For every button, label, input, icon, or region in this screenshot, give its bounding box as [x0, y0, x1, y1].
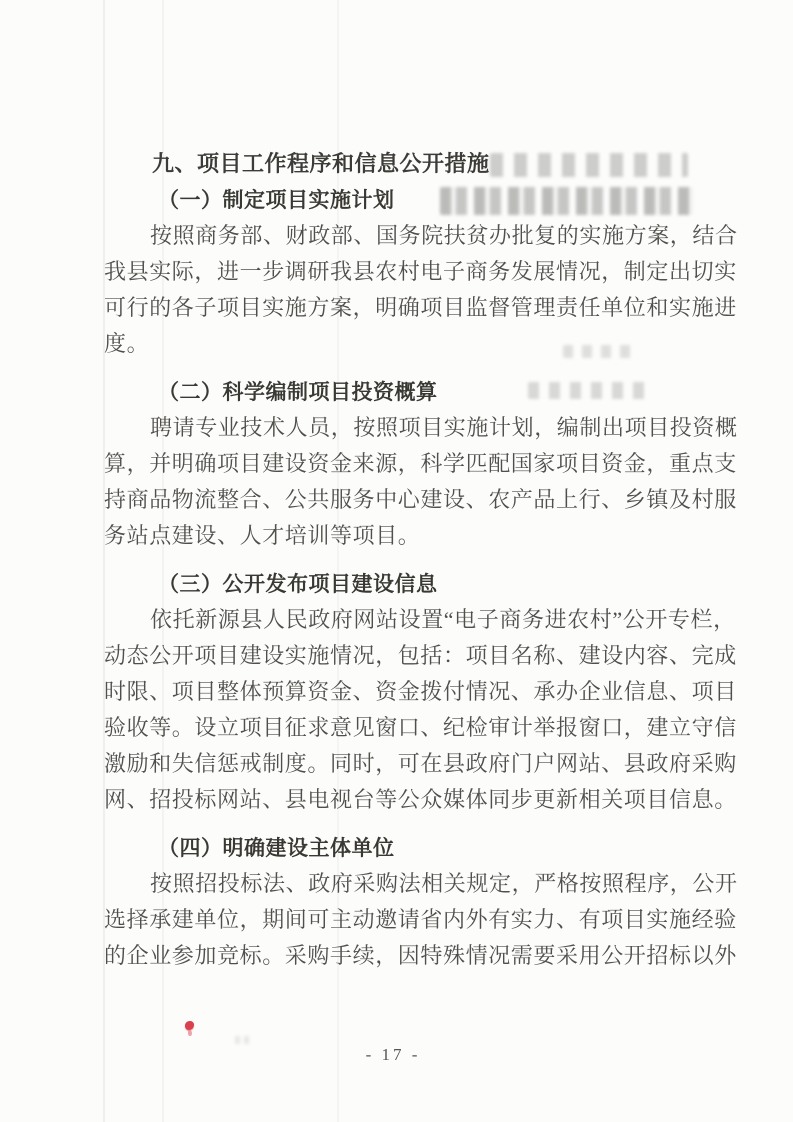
- document-body: 九、项目工作程序和信息公开措施 （一）制定项目实施计划 按照商务部、财政部、国务…: [104, 146, 716, 974]
- subsection-1: （一）制定项目实施计划 按照商务部、财政部、国务院扶贫办批复的实施方案，结合 我…: [104, 182, 716, 362]
- red-ink-mark: [184, 1020, 196, 1036]
- body-line: 依托新源县人民政府网站设置“电子商务进农村”公开专栏，: [104, 602, 716, 638]
- body-line: 按照商务部、财政部、国务院扶贫办批复的实施方案，结合: [104, 218, 716, 254]
- subsection-3-heading: （三）公开发布项目建设信息: [158, 566, 716, 602]
- subsection-4: （四）明确建设主体单位 按照招投标法、政府采购法相关规定，严格按照程序，公开 选…: [104, 830, 716, 974]
- body-line: 持商品物流整合、公共服务中心建设、农产品上行、乡镇及村服: [104, 482, 716, 518]
- body-line: 网、招投标网站、县电视台等公众媒体同步更新相关项目信息。: [104, 782, 716, 818]
- subsection-3: （三）公开发布项目建设信息 依托新源县人民政府网站设置“电子商务进农村”公开专栏…: [104, 566, 716, 818]
- body-line: 算，并明确项目建设资金来源，科学匹配国家项目资金，重点支: [104, 446, 716, 482]
- subsection-4-heading: （四）明确建设主体单位: [158, 830, 716, 866]
- body-line: 时限、项目整体预算资金、资金拨付情况、承办企业信息、项目: [104, 674, 716, 710]
- subsection-2-heading: （二）科学编制项目投资概算: [158, 374, 716, 410]
- body-line: 的企业参加竞标。采购手续，因特殊情况需要采用公开招标以外: [104, 938, 716, 974]
- body-line: 选择承建单位，期间可主动邀请省内外有实力、有项目实施经验: [104, 902, 716, 938]
- body-line: 验收等。设立项目征求意见窗口、纪检审计举报窗口，建立守信: [104, 710, 716, 746]
- body-line: 聘请专业技术人员，按照项目实施计划，编制出项目投资概: [104, 410, 716, 446]
- body-line: 可行的各子项目实施方案，明确项目监督管理责任单位和实施进: [104, 290, 716, 326]
- body-line: 我县实际，进一步调研我县农村电子商务发展情况，制定出切实: [104, 254, 716, 290]
- body-line: 按照招投标法、政府采购法相关规定，严格按照程序，公开: [104, 866, 716, 902]
- body-line: 动态公开项目建设实施情况，包括：项目名称、建设内容、完成: [104, 638, 716, 674]
- main-heading: 九、项目工作程序和信息公开措施: [152, 146, 716, 182]
- scanned-document-page: 九、项目工作程序和信息公开措施 （一）制定项目实施计划 按照商务部、财政部、国务…: [0, 0, 793, 1122]
- subsection-1-heading: （一）制定项目实施计划: [158, 182, 716, 218]
- page-number: - 17 -: [0, 1044, 786, 1066]
- subsection-2: （二）科学编制项目投资概算 聘请专业技术人员，按照项目实施计划，编制出项目投资概…: [104, 374, 716, 554]
- body-line: 度。: [104, 326, 716, 362]
- body-line: 务站点建设、人才培训等项目。: [104, 518, 716, 554]
- body-line: 激励和失信惩戒制度。同时，可在县政府门户网站、县政府采购: [104, 746, 716, 782]
- bleedthrough-artifact: [235, 1036, 251, 1044]
